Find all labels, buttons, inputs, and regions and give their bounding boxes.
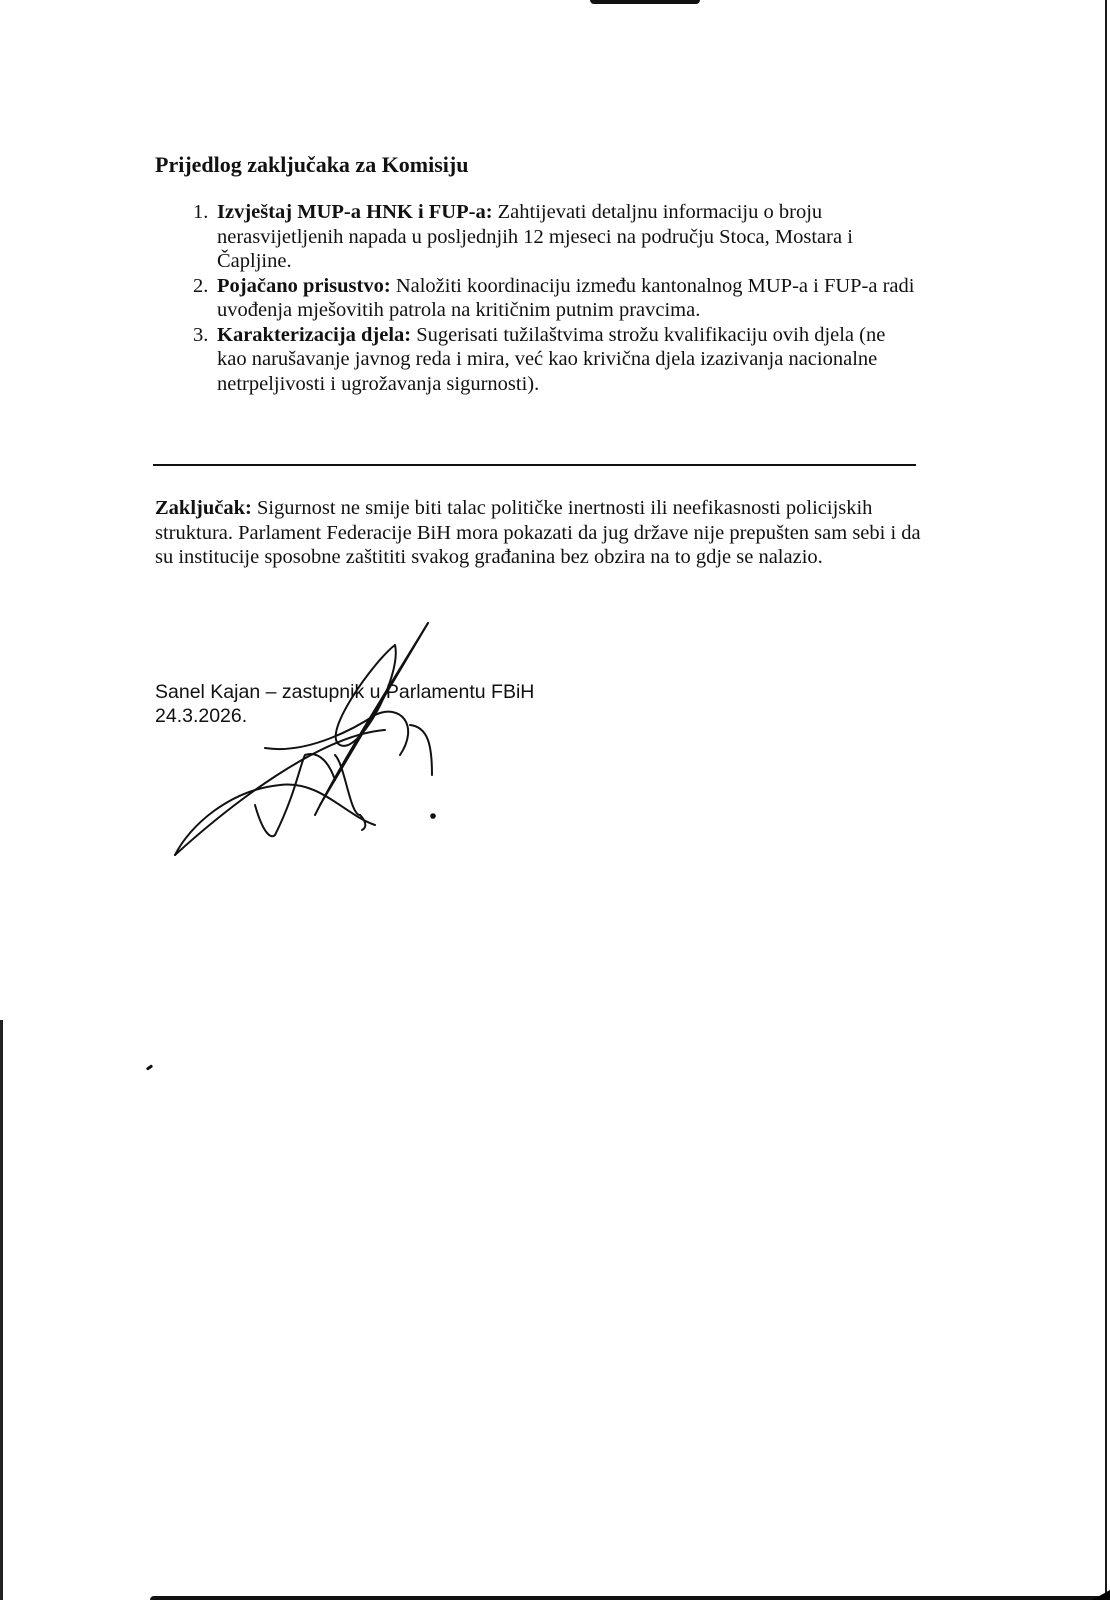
scan-edge-left [0, 1020, 3, 1600]
scan-corner [1092, 1590, 1110, 1600]
handwritten-signature-icon [170, 615, 460, 860]
document-heading: Prijedlog zaključaka za Komisiju [155, 152, 468, 178]
scan-edge-bottom [150, 1596, 1110, 1600]
scan-edge-top [590, 0, 700, 4]
conclusion-lead: Zaključak: [155, 497, 252, 519]
item-lead: Izvještaj MUP-a HNK i FUP-a: [217, 201, 493, 223]
item-number: 1. [193, 200, 208, 225]
conclusion-text: Sigurnost ne smije biti talac političke … [155, 497, 921, 568]
item-lead: Pojačano prisustvo: [217, 275, 391, 297]
document-page: Prijedlog zaključaka za Komisiju 1. Izvj… [0, 0, 1110, 1600]
scan-edge-right [1105, 0, 1107, 1600]
scan-speck [146, 1064, 153, 1070]
conclusions-list: 1. Izvještaj MUP-a HNK i FUP-a: Zahtijev… [155, 200, 915, 396]
item-number: 3. [193, 323, 208, 348]
list-item: 1. Izvještaj MUP-a HNK i FUP-a: Zahtijev… [155, 200, 915, 274]
list-item: 2. Pojačano prisustvo: Naložiti koordina… [155, 274, 915, 323]
conclusion-paragraph: Zaključak: Sigurnost ne smije biti talac… [155, 496, 925, 570]
item-lead: Karakterizacija djela: [217, 324, 411, 346]
list-item: 3. Karakterizacija djela: Sugerisati tuž… [155, 323, 915, 397]
horizontal-divider [153, 464, 916, 466]
item-number: 2. [193, 274, 208, 299]
